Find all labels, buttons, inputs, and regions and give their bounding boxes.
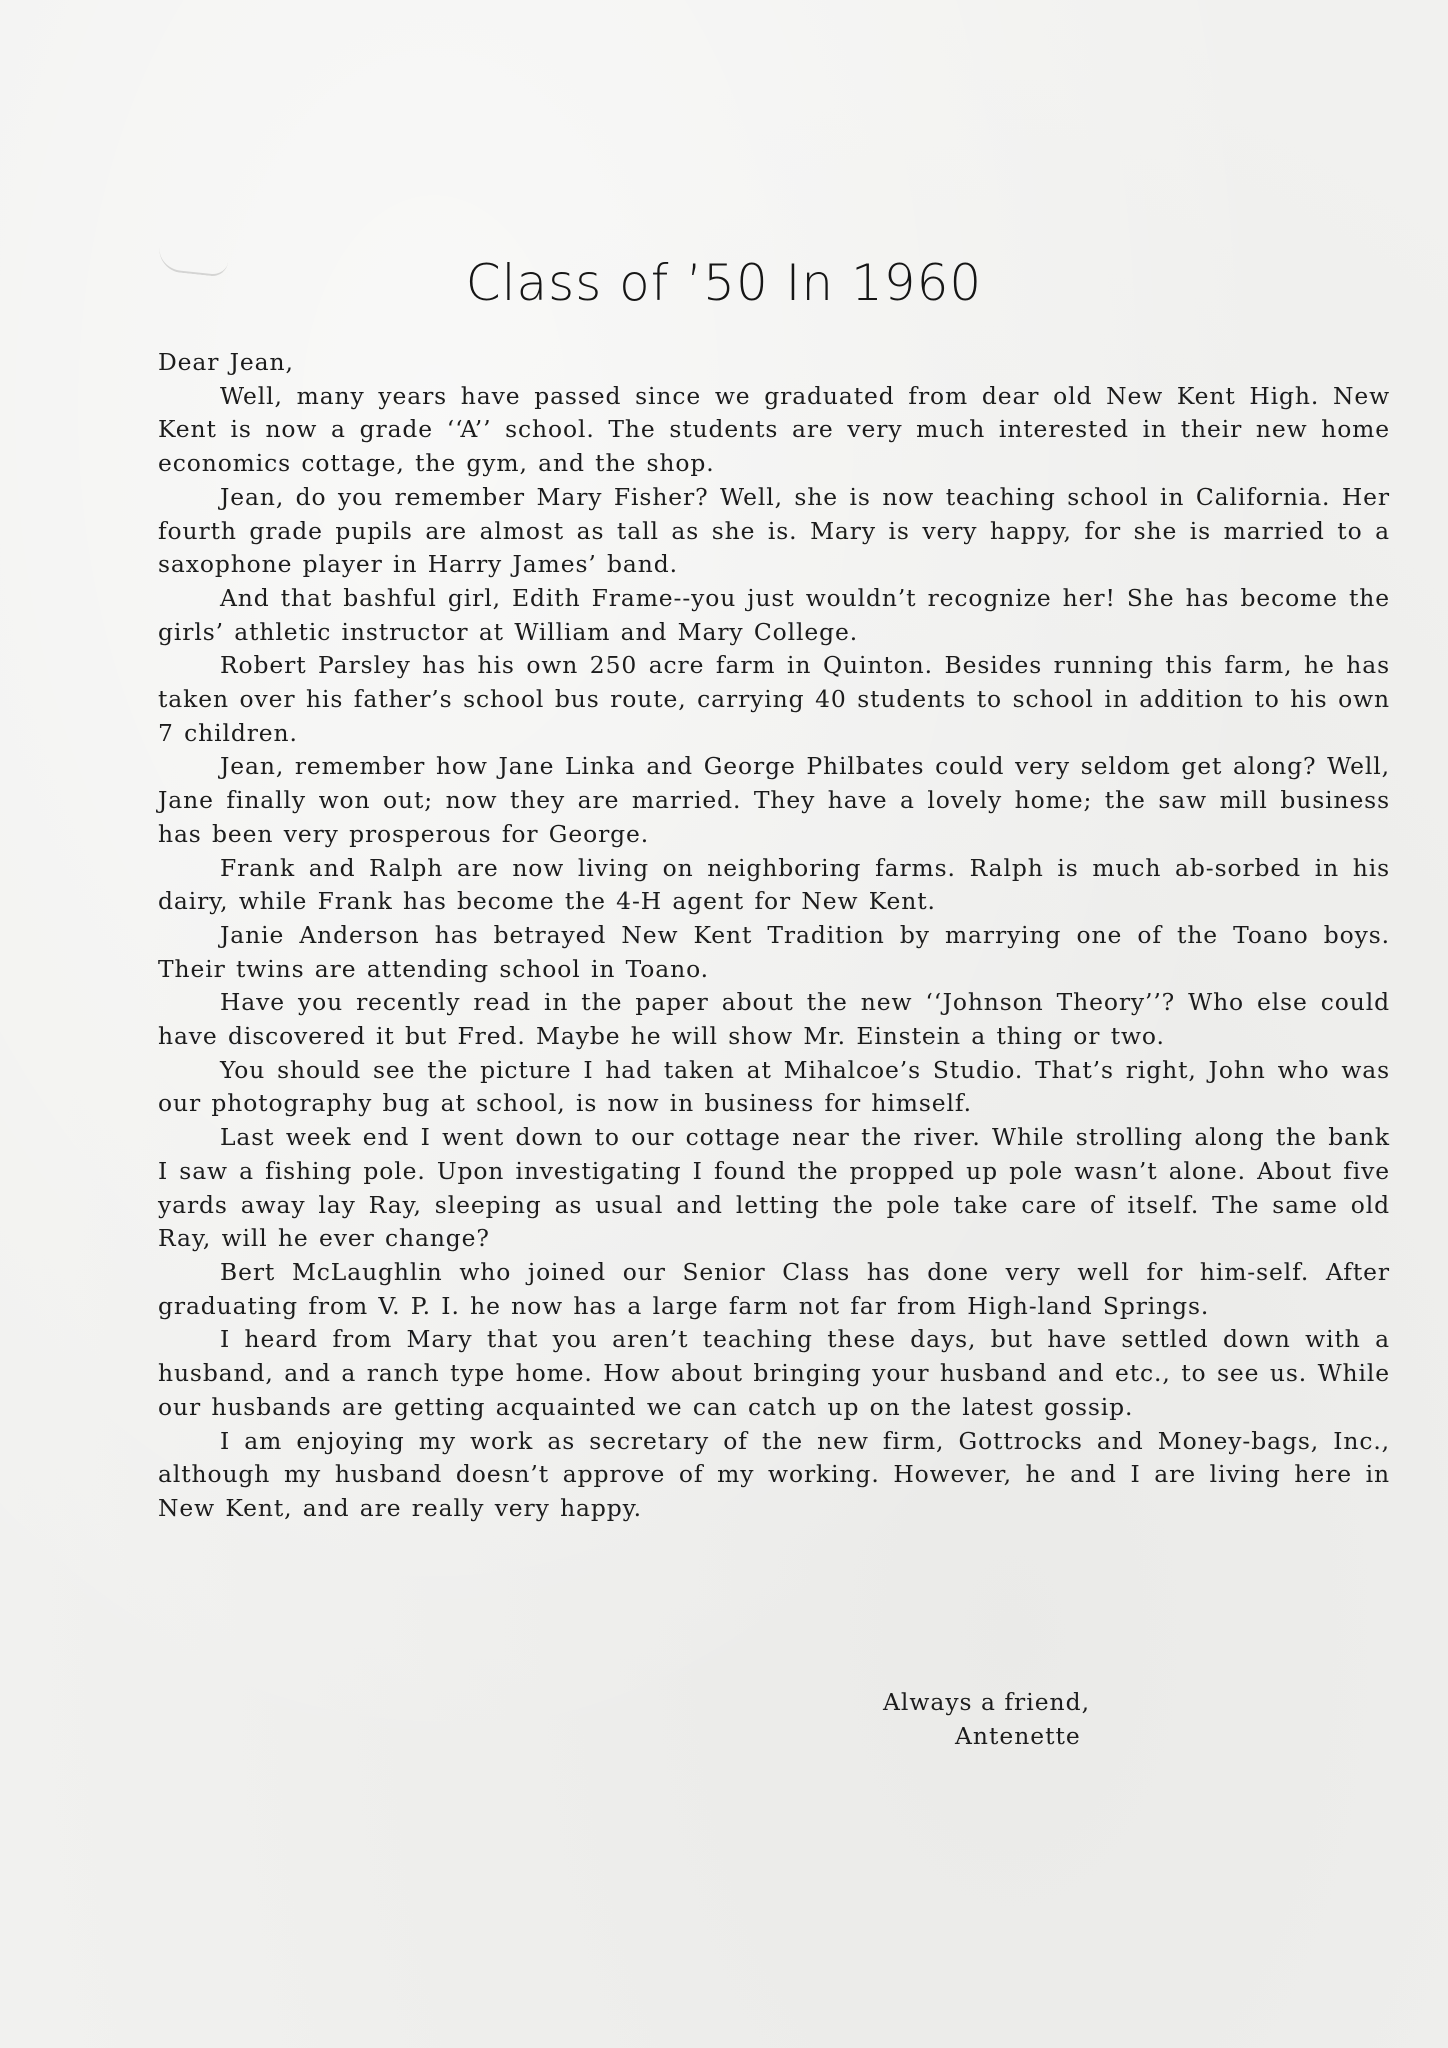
paragraph-mary-fisher: Jean, do you remember Mary Fisher? Well,… xyxy=(158,481,1390,582)
paragraph-bert-mclaughlin: Bert McLaughlin who joined our Senior Cl… xyxy=(158,1256,1390,1323)
paragraph-robert-parsley: Robert Parsley has his own 250 acre farm… xyxy=(158,649,1390,750)
paragraph-school: Well, many years have passed since we gr… xyxy=(158,380,1390,481)
paragraph-jane-george: Jean, remember how Jane Linka and George… xyxy=(158,750,1390,851)
paragraph-jean-husband: I heard from Mary that you aren’t teachi… xyxy=(158,1323,1390,1424)
signature: Antenette xyxy=(883,1720,1090,1754)
paragraph-janie-anderson: Janie Anderson has betrayed New Kent Tra… xyxy=(158,919,1390,986)
letter-body: Dear Jean, Well, many years have passed … xyxy=(158,346,1390,1526)
paragraph-edith-frame: And that bashful girl, Edith Frame--you … xyxy=(158,582,1390,649)
paragraph-frank-ralph: Frank and Ralph are now living on neighb… xyxy=(158,852,1390,919)
letter-closing: Always a friend, Antenette xyxy=(883,1686,1090,1753)
paragraph-secretary: I am enjoying my work as secretary of th… xyxy=(158,1425,1390,1526)
paragraph-johnson-theory: Have you recently read in the paper abou… xyxy=(158,986,1390,1053)
paragraph-ray-fishing: Last week end I went down to our cottage… xyxy=(158,1121,1390,1256)
page-title: Class of ’50 In 1960 xyxy=(0,254,1448,312)
closing-phrase: Always a friend, xyxy=(883,1686,1090,1720)
salutation: Dear Jean, xyxy=(158,346,1390,380)
paragraph-mihalcoe-studio: You should see the picture I had taken a… xyxy=(158,1054,1390,1121)
